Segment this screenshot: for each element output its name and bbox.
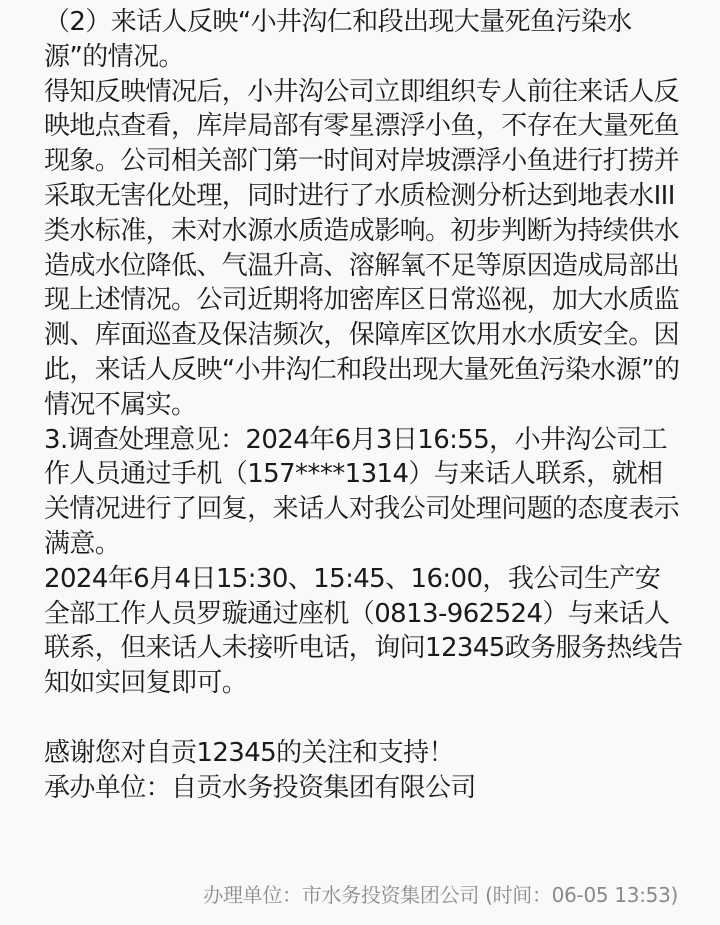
paragraph-complaint-item: （2）来话人反映“小井沟仁和段出现大量死鱼污染水源”的情况。 — [44, 5, 684, 75]
paragraph-follow-up-call: 2024年6月4日15:30、15:45、16:00，我公司生产安全部工作人员罗… — [44, 562, 684, 701]
blank-line — [44, 701, 684, 736]
thanks-line: 感谢您对自贡12345的关注和支持！ — [44, 736, 684, 771]
undertaker-line: 承办单位：自贡水务投资集团有限公司 — [44, 771, 684, 806]
paragraph-investigation-findings: 得知反映情况后，小井沟公司立即组织专人前往来话人反映地点查看，库岸局部有零星漂浮… — [44, 75, 684, 423]
reply-message-body: （2）来话人反映“小井沟仁和段出现大量死鱼污染水源”的情况。 得知反映情况后，小… — [44, 5, 684, 805]
handler-info-footer: 办理单位：市水务投资集团公司 (时间：06-05 13:53) — [203, 880, 678, 910]
paragraph-handling-opinion: 3.调查处理意见：2024年6月3日16:55，小井沟公司工作人员通过手机（15… — [44, 423, 684, 562]
